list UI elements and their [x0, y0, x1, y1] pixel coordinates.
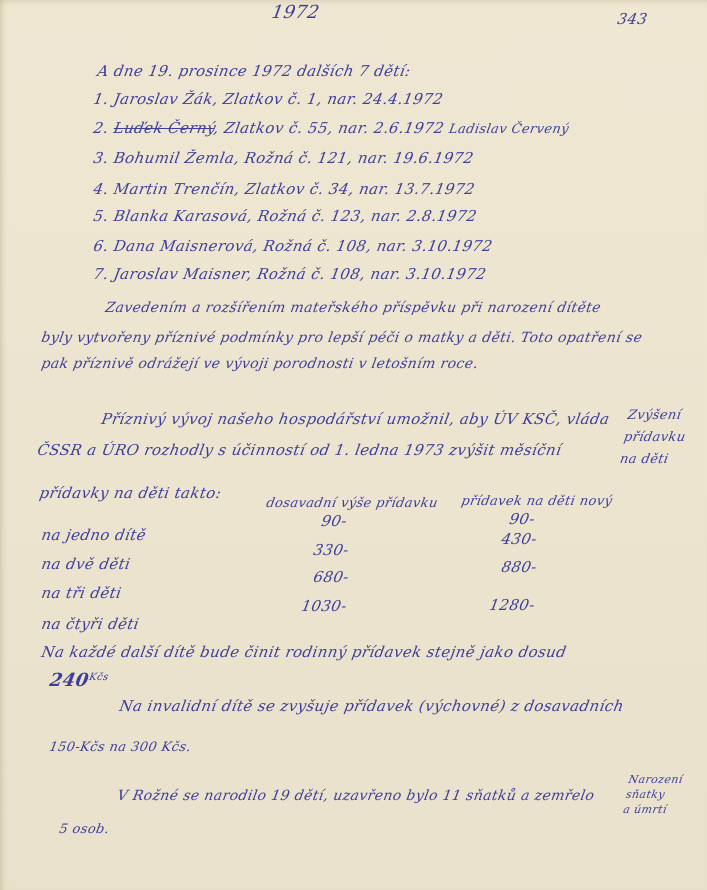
paragraph-line: byly vytvořeny příznivé podmínky pro lep… [40, 330, 644, 346]
table-new-value: 430- [500, 530, 538, 548]
table-header-old: dosavadní výše přídavku [265, 496, 439, 511]
table-new-value: 880- [500, 558, 538, 576]
table-row-label: na jedno dítě [40, 526, 148, 544]
paragraph-line: 150-Kčs na 300 Kčs. [48, 740, 192, 755]
birth-entry: 5. Blanka Karasová, Rožná č. 123, nar. 2… [92, 207, 478, 225]
allowance-amount: 240Kčs [48, 670, 110, 691]
child-name: Martin Trenčín [112, 180, 236, 198]
paragraph-line: ČSSR a ÚRO rozhodly s účinností od 1. le… [36, 441, 563, 459]
birth-entry: 2. Luďek Černý, Zlatkov č. 55, nar. 2.6.… [92, 119, 571, 137]
birth-entry: 3. Bohumil Žemla, Rožná č. 121, nar. 19.… [92, 149, 475, 167]
table-header-new: přídavek na děti nový [460, 494, 614, 509]
page-number: 343 [616, 10, 649, 28]
paragraph-line: přídavky na děti takto: [38, 484, 223, 502]
paragraph-line: Zavedením a rozšířením mateřského příspě… [104, 300, 602, 316]
paragraph-line: Na každé další dítě bude činit rodinný p… [40, 643, 568, 661]
birth-entry: 4. Martin Trenčín, Zlatkov č. 34, nar. 1… [92, 180, 476, 198]
table-new-value: 90- [508, 510, 537, 528]
paragraph-line: Na invalidní dítě se zvyšuje přídavek (v… [118, 697, 625, 715]
table-row-label: na dvě děti [40, 555, 132, 573]
table-row-label: na čtyři děti [40, 615, 141, 633]
page-year: 1972 [270, 2, 321, 23]
birth-entry: 7. Jaroslav Maisner, Rožná č. 108, nar. … [92, 265, 488, 283]
table-new-value: 1280- [488, 596, 536, 614]
birth-entry: 6. Dana Maisnerová, Rožná č. 108, nar. 3… [92, 237, 494, 255]
margin-note-births: Narození sňatky a úmrtí [622, 772, 684, 817]
child-name: Jaroslav Žák [112, 90, 214, 108]
child-name: Jaroslav Maisner [112, 265, 248, 283]
chronicle-page: 1972 343 A dne 19. prosince 1972 dalších… [0, 0, 707, 890]
table-old-value: 90- [320, 512, 349, 530]
intro-line: A dne 19. prosince 1972 dalších 7 dětí: [96, 62, 412, 80]
paragraph-line: pak příznivě odrážejí ve vývoji porodnos… [40, 356, 480, 372]
paragraph-line: 5 osob. [58, 822, 111, 837]
table-row-label: na tři děti [40, 584, 123, 602]
paragraph-line: Příznivý vývoj našeho hospodářství umožn… [100, 410, 611, 428]
table-old-value: 330- [312, 541, 350, 559]
margin-note-allowance: Zvýšení přídavku na děti [618, 405, 691, 471]
table-old-value: 1030- [300, 597, 348, 615]
child-name: Dana Maisnerová [112, 237, 254, 255]
birth-entry: 1. Jaroslav Žák, Zlatkov č. 1, nar. 24.4… [92, 90, 445, 108]
paragraph-line: V Rožné se narodilo 19 dětí, uzavřeno by… [116, 788, 596, 804]
child-name: Blanka Karasová [112, 207, 249, 225]
name-correction: Ladislav Červený [448, 122, 571, 137]
table-old-value: 680- [312, 568, 350, 586]
child-name: Bohumil Žemla [112, 149, 236, 167]
child-name-struck: Luďek Černý [112, 119, 215, 137]
